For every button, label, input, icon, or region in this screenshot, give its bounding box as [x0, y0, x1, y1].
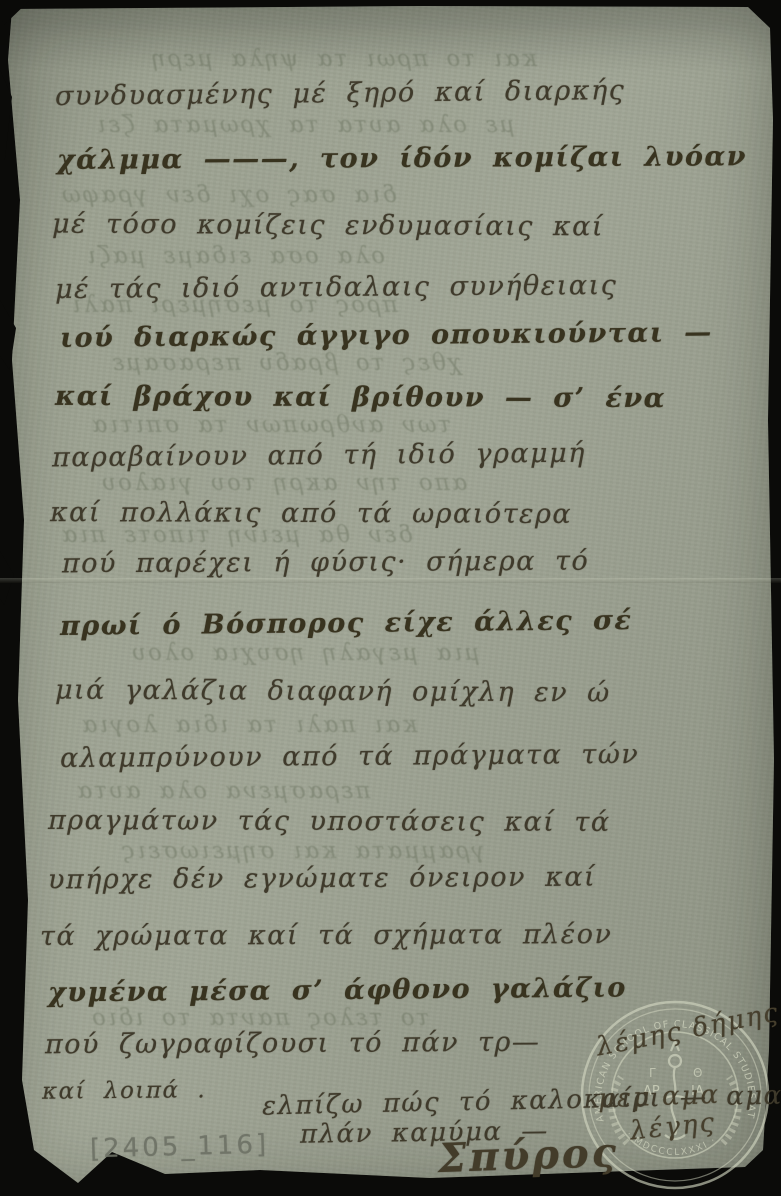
handwritten-line: καί πολλάκις από τά ωραιότερα — [50, 497, 572, 530]
handwritten-line: πραγμάτων τάς υποστάσεις καί τά — [48, 805, 611, 838]
bleedthrough-line: των ανθρωπων τα σπιτια — [90, 412, 451, 438]
handwritten-line: πού ζωγραφίζουσι τό πάν τρ— — [45, 1027, 540, 1061]
handwritten-line: αλαμπρύνουν από τά πράγματα τών — [60, 739, 639, 774]
seal-letter-gamma: Γ — [649, 1066, 656, 1080]
bleedthrough-line: και το πρωι τα ψηλα μερη — [150, 46, 537, 72]
handwritten-line: παραβαίνουν από τή ιδιό γραμμή — [52, 438, 586, 474]
handwritten-line: συνδυασμένης μέ ξηρό καί διαρκής — [55, 75, 626, 112]
handwritten-line: χάλμμα ———, τον ίδόν κομίζαι λυόαν — [57, 141, 747, 176]
bleedthrough-line: γραμματα και σημειωσεις — [120, 838, 485, 864]
handwritten-line: μέ τόσο κομίζεις ενδυμασίαις καί — [52, 209, 604, 243]
bleedthrough-line: με ολα αυτα τα χρωματα ζει — [95, 112, 515, 138]
signature: Σπύρος — [437, 1129, 619, 1182]
handwritten-line: τά χρώματα καί τά σχήματα πλέον — [40, 919, 613, 952]
handwritten-line: χυμένα μέσα σ’ άφθονο γαλάζιο — [48, 972, 627, 1008]
bleedthrough-line: χθες το βραδυ περασαμε — [110, 350, 462, 376]
bleedthrough-line: περασμενα ολα αυτα — [75, 778, 370, 804]
scanned-letter-page: { "scan": { "background_color": "#0b0b09… — [0, 0, 781, 1196]
handwritten-line: καί βράχου καί βρίθουν — σ’ ένα — [55, 381, 666, 414]
handwritten-line: μιά γαλάζια διαφανή ομίχλη εν ώ — [55, 675, 611, 709]
seal-letter-theta: Θ — [693, 1066, 702, 1080]
handwritten-line: πού παρέχει ή φύσις· σήμερα τό — [62, 546, 589, 580]
torn-edge-shard — [0, 545, 14, 605]
bleedthrough-line: μια μεγαλη ησυχια ολου — [130, 640, 480, 666]
handwritten-line: καί λοιπά . — [42, 1077, 206, 1104]
bleedthrough-line: ολα οσα ειδαμε μαζι — [85, 243, 385, 269]
bleedthrough-line: δια σας οχι δεν γραφω — [60, 182, 396, 208]
handwritten-line: μέ τάς ιδιό αντιδαλαις συνήθειαις — [55, 270, 617, 305]
handwritten-line: υπήρχε δέν εγνώματε όνειρον καί — [48, 862, 596, 896]
handwritten-line: πρωί ό Βόσπορος είχε άλλες σέ — [60, 605, 633, 642]
catalog-number: [2405_116] — [90, 1130, 270, 1165]
bleedthrough-line: και παλι τα ιδια λογια — [80, 712, 418, 738]
handwritten-line: ιού διαρκώς άγγιγο οπουκιούνται — — [60, 317, 713, 354]
bleedthrough-line: απο την ακρη του γιαλου — [100, 470, 467, 496]
